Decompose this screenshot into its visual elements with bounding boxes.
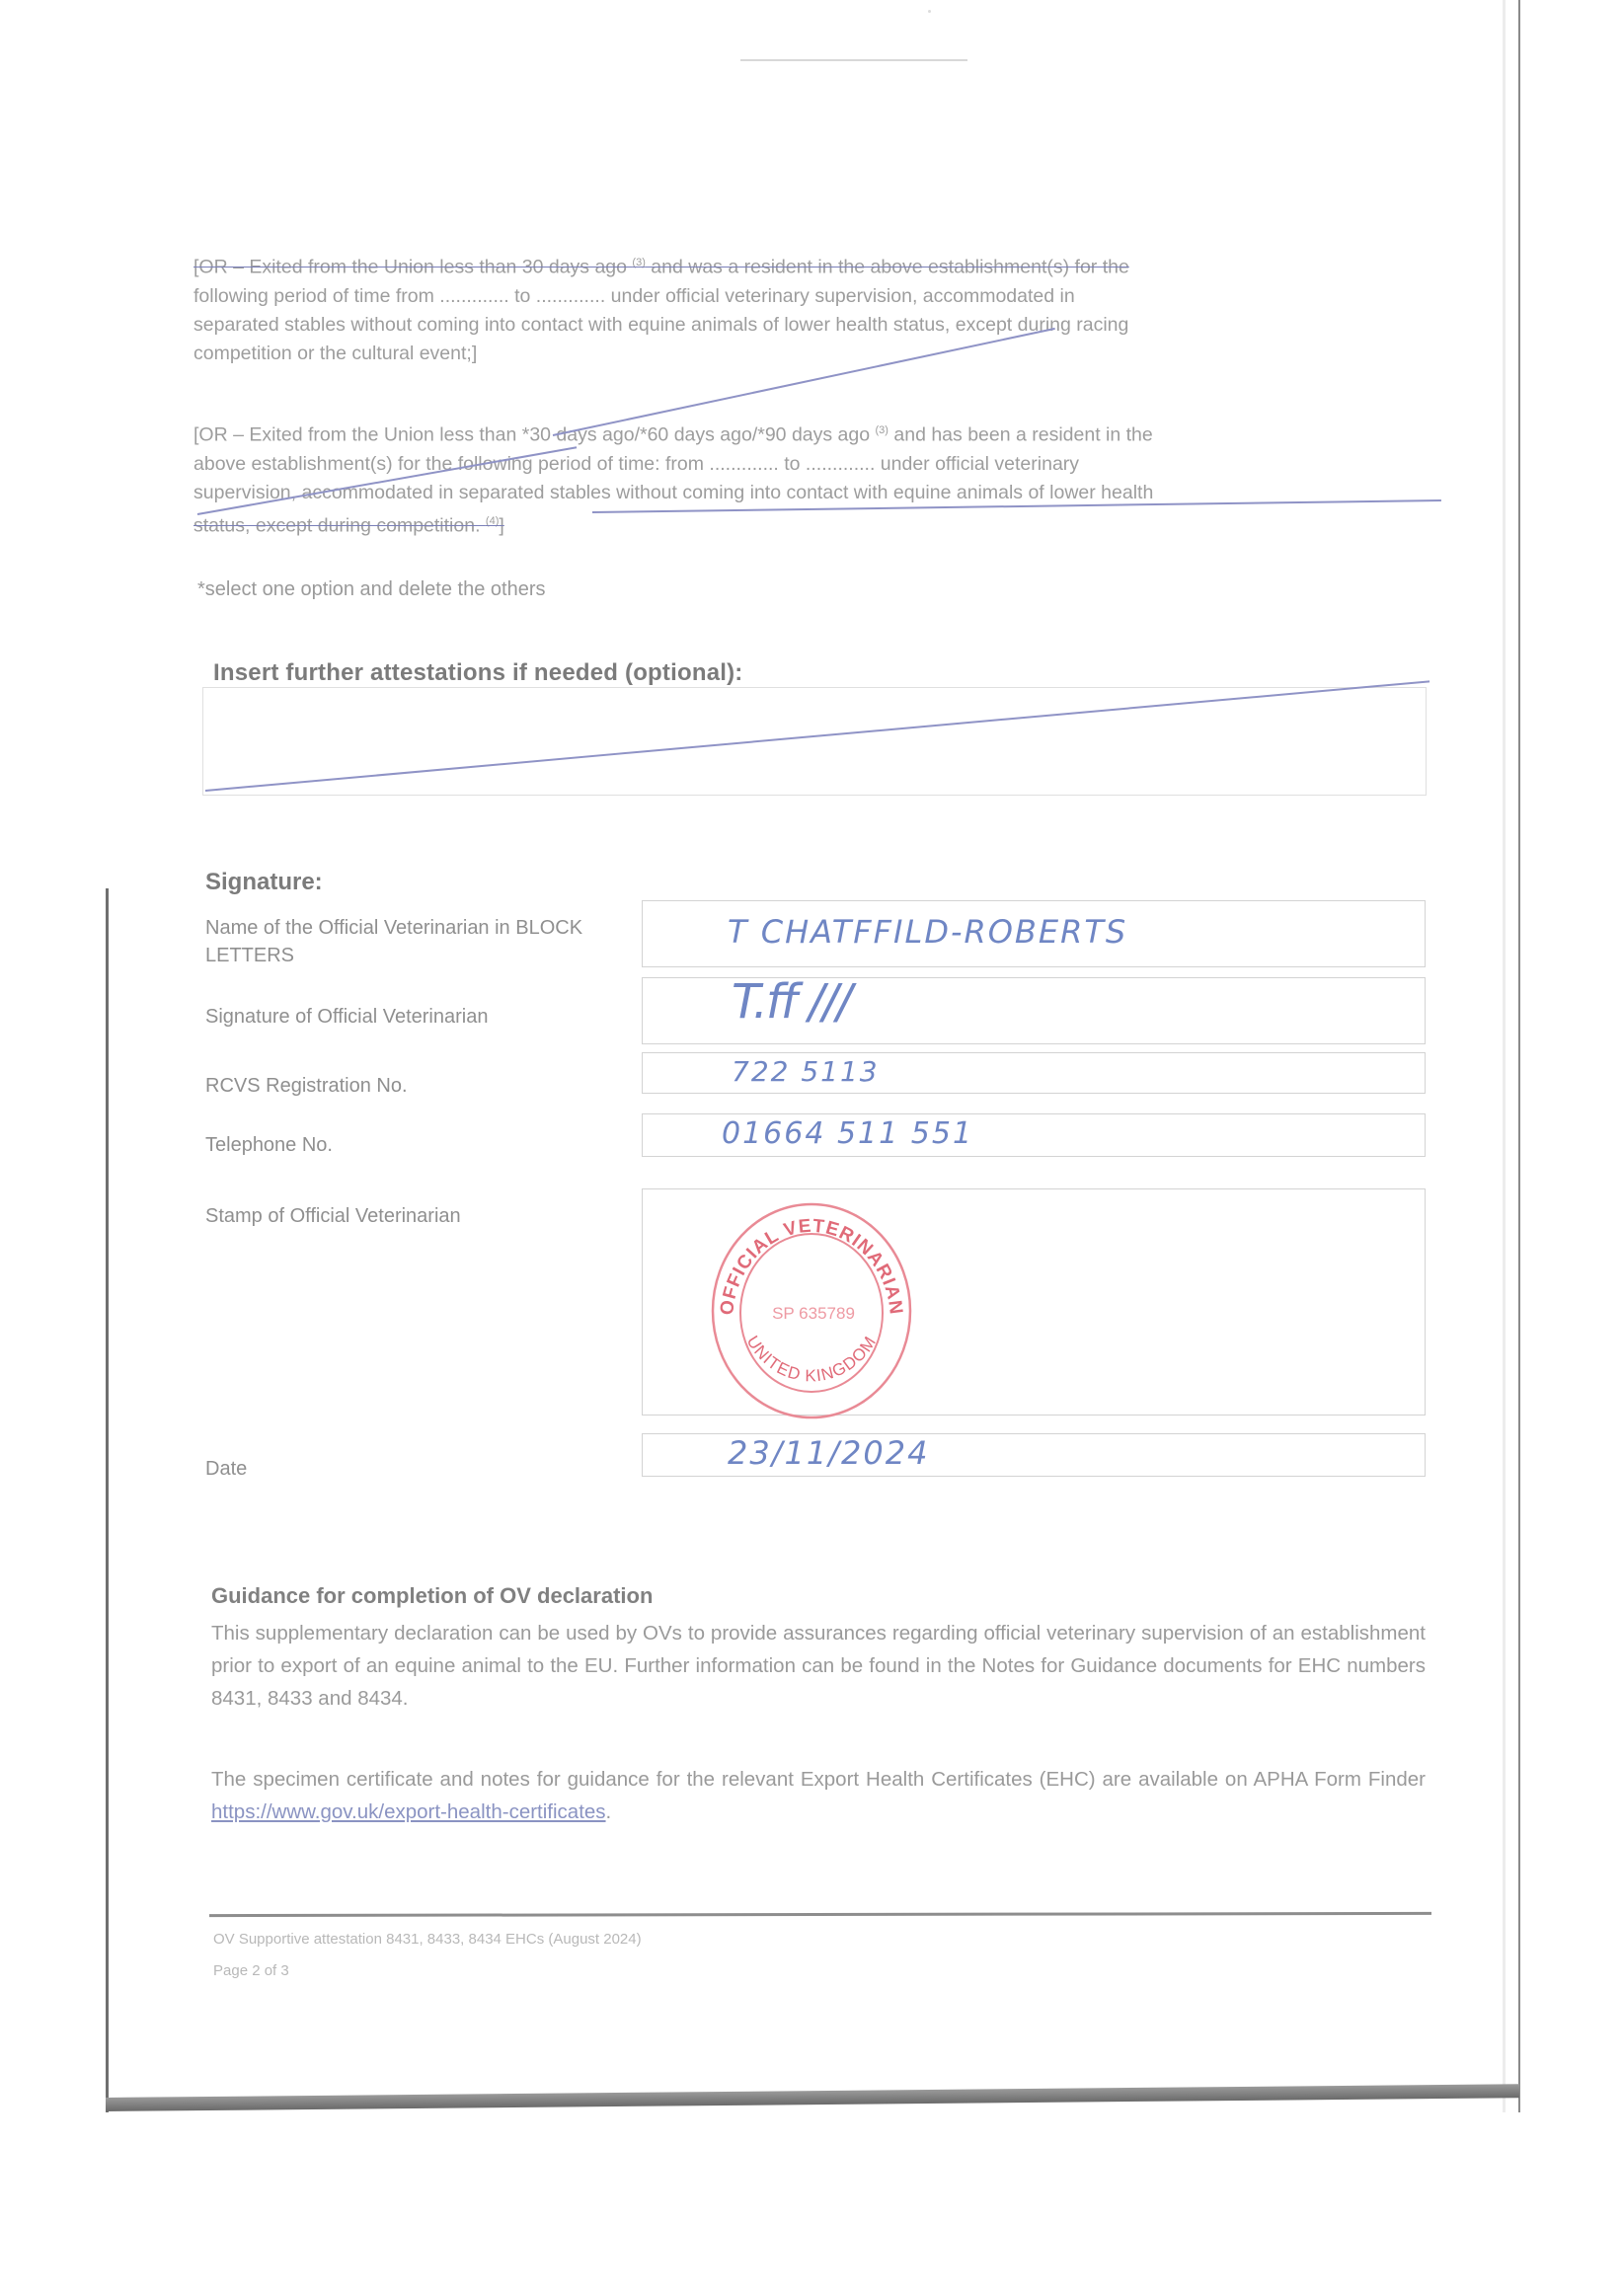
date-field[interactable]: 23/11/2024 [642,1433,1426,1477]
telephone-label: Telephone No. [205,1131,333,1159]
ov-name-label: Name of the Official Veterinarian in BLO… [205,914,600,969]
rcvs-registration-value: 722 5113 [732,1055,880,1088]
select-option-note: *select one option and delete the others [197,578,545,601]
date-label: Date [205,1455,247,1483]
option-1-line-3: separated stables without coming into co… [193,311,1424,340]
rcvs-registration-field[interactable]: 722 5113 [642,1052,1426,1094]
svg-text:SP 635789: SP 635789 [772,1304,855,1323]
ov-signature-field[interactable]: T.ff /// [642,977,1426,1044]
option-paragraph-1: [OR – Exited from the Union less than 30… [193,249,1424,368]
export-health-certificates-link[interactable]: https://www.gov.uk/export-health-certifi… [211,1800,606,1823]
telephone-field[interactable]: 01664 511 551 [642,1113,1426,1157]
guidance-paragraph-2: The specimen certificate and notes for g… [211,1763,1426,1828]
footer-page-number: Page 2 of 3 [213,1962,289,1979]
stamp-label: Stamp of Official Veterinarian [205,1202,461,1230]
official-veterinarian-stamp-icon: OFFICIAL VETERINARIAN UNITED KINGDOM SP … [703,1202,920,1419]
option-paragraph-2: [OR – Exited from the Union less than *3… [193,417,1424,540]
ov-signature-value: T.ff /// [732,974,850,1030]
telephone-value: 01664 511 551 [722,1116,973,1151]
guidance-title: Guidance for completion of OV declaratio… [211,1583,653,1609]
option-1-line-2: following period of time from ..........… [193,282,1424,311]
option-1-line-4: competition or the cultural event;] [193,340,1424,368]
ov-name-field[interactable]: T CHATFFILD-ROBERTS [642,900,1426,967]
option-1-line-1: [OR – Exited from the Union less than 30… [193,249,1424,282]
date-value: 23/11/2024 [728,1434,929,1472]
ov-signature-label: Signature of Official Veterinarian [205,1003,488,1031]
further-attestations-field[interactable] [202,687,1427,796]
footer-doc-reference: OV Supportive attestation 8431, 8433, 84… [213,1931,642,1948]
option-2-line-2: above establishment(s) for the following… [193,450,1424,479]
guidance-paragraph-1: This supplementary declaration can be us… [211,1617,1426,1715]
option-2-line-1: [OR – Exited from the Union less than *3… [193,417,1424,450]
ov-name-value: T CHATFFILD-ROBERTS [728,913,1127,951]
rcvs-registration-label: RCVS Registration No. [205,1072,408,1100]
svg-text:UNITED KINGDOM: UNITED KINGDOM [743,1333,881,1385]
signature-section-title: Signature: [205,869,323,896]
further-attestations-title: Insert further attestations if needed (o… [213,659,743,687]
option-2-line-4: status, except during competition. (4)] [193,507,1424,541]
